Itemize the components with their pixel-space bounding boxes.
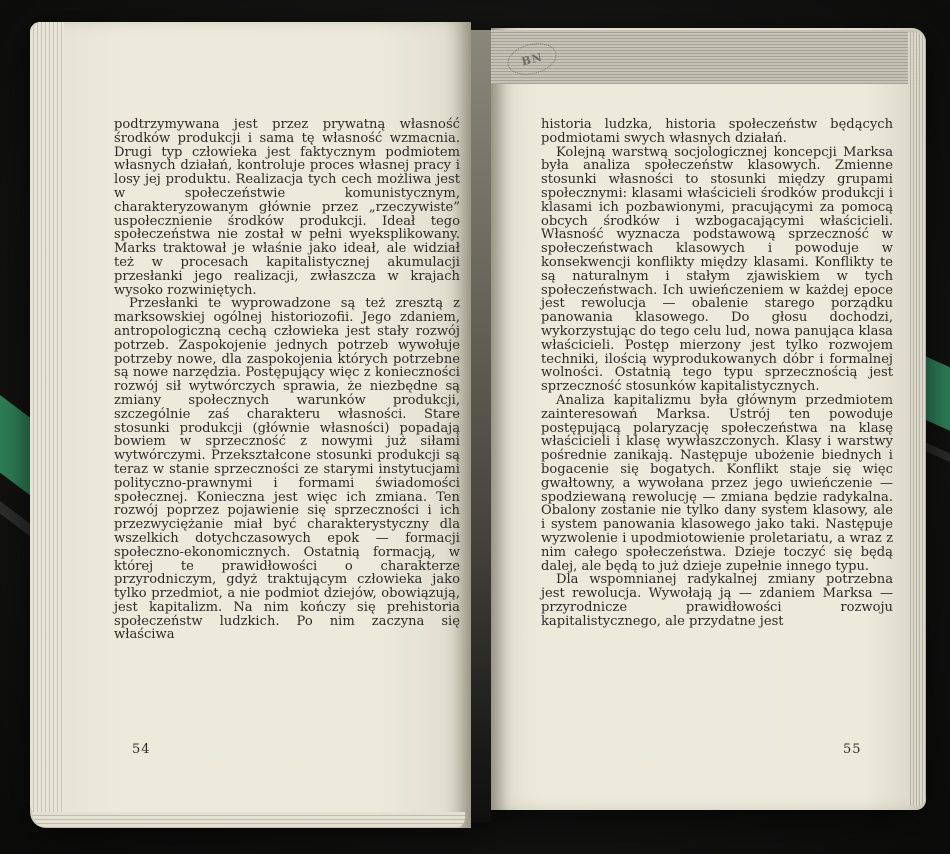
paragraph: podtrzymywana jest przez prywatną własno… bbox=[114, 118, 460, 297]
page-right-text: historia ludzka, historia społeczeństw b… bbox=[541, 118, 893, 628]
page-left: podtrzymywana jest przez prywatną własno… bbox=[30, 22, 471, 828]
paragraph: historia ludzka, historia społeczeństw b… bbox=[541, 118, 893, 146]
photo-background: podtrzymywana jest przez prywatną własno… bbox=[0, 0, 950, 854]
page-stack-edge-right bbox=[908, 32, 926, 806]
page-stack-edge-top: BN bbox=[491, 30, 922, 84]
paragraph: Analiza kapitalizmu była głównym przedmi… bbox=[541, 394, 893, 573]
paragraph: Dla wspomnianej radykalnej zmiany potrze… bbox=[541, 573, 893, 628]
page-right: BN historia ludzka, historia społeczeńst… bbox=[491, 28, 926, 810]
page-stack-edge-bottom bbox=[32, 812, 465, 828]
paragraph: Przesłanki te wyprowadzone są też zreszt… bbox=[114, 297, 460, 642]
library-stamp: BN bbox=[504, 38, 560, 79]
paragraph: Kolejną warstwą socjologicznej koncepcji… bbox=[541, 146, 893, 394]
page-left-text: podtrzymywana jest przez prywatną własno… bbox=[114, 118, 460, 642]
page-number-left: 54 bbox=[132, 742, 151, 757]
page-stack-edge-left bbox=[30, 22, 64, 814]
page-number-right: 55 bbox=[843, 742, 862, 757]
book-gutter bbox=[471, 30, 491, 822]
open-book: podtrzymywana jest przez prywatną własno… bbox=[30, 22, 926, 830]
